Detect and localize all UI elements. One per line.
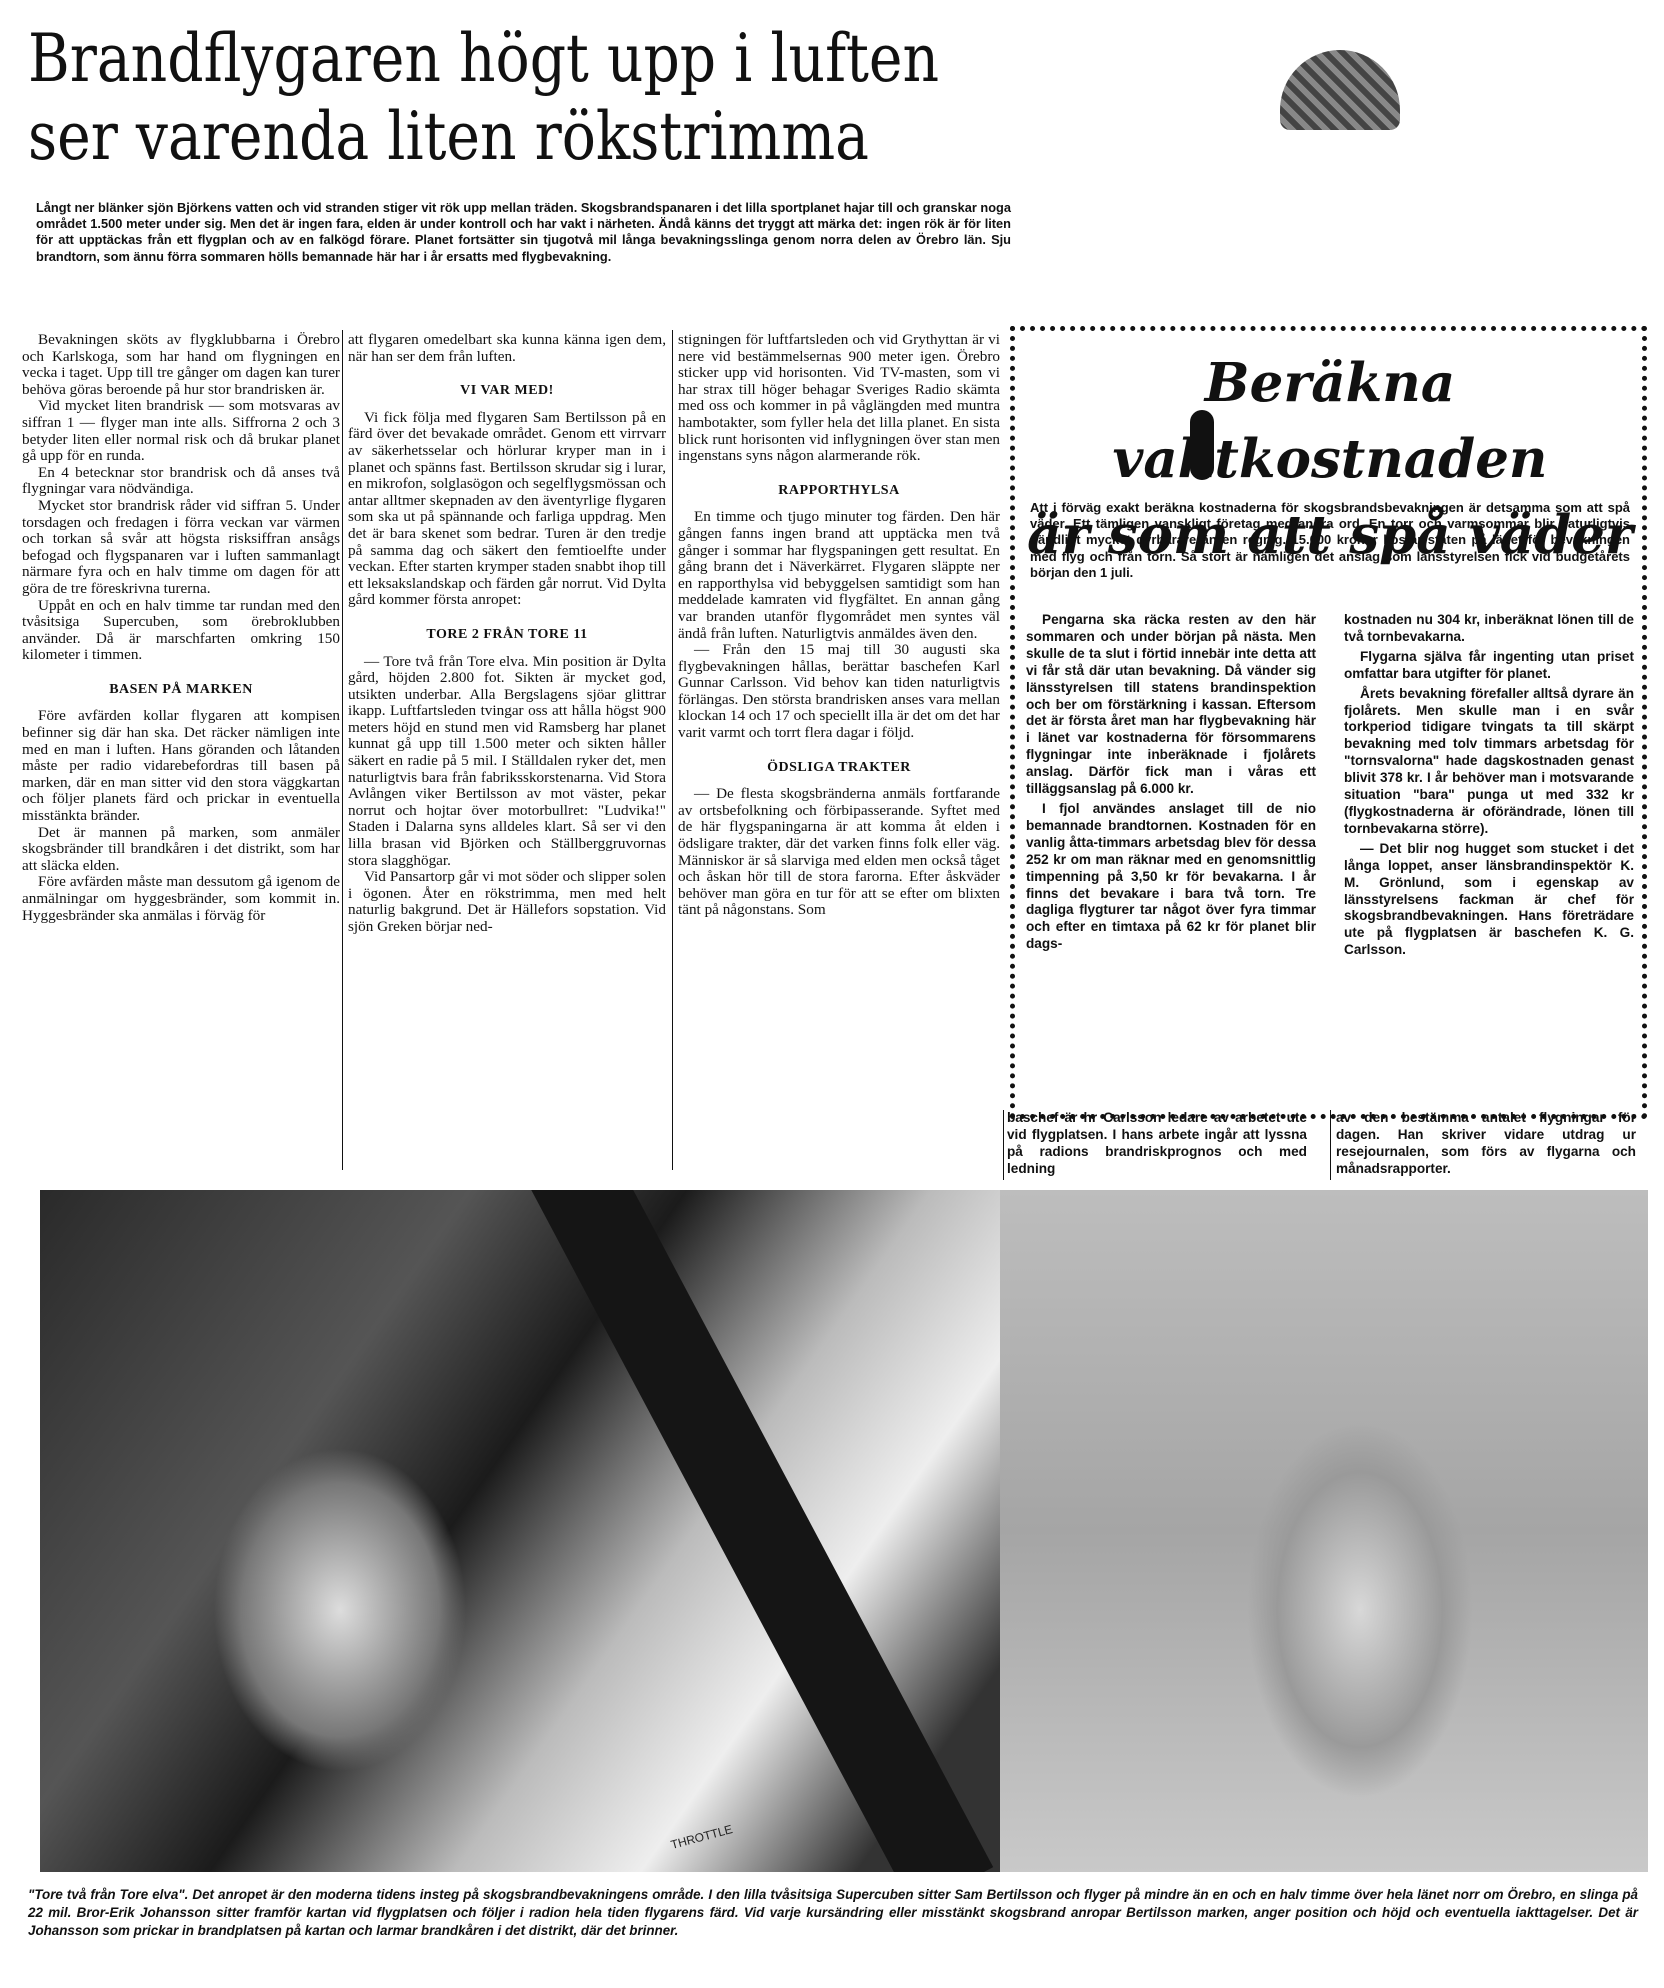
article-lede: Långt ner blänker sjön Björkens vatten o… (36, 200, 1011, 265)
subheading-vi-var-med: VI VAR MED! (348, 383, 666, 400)
paragraph: — De flesta skogsbränderna anmäls fortfa… (678, 786, 1000, 919)
news-photo: THROTTLE (40, 1190, 1648, 1872)
paragraph: Bevakningen sköts av flygklubbarna i Öre… (22, 332, 340, 398)
photo-caption: "Tore två från Tore elva". Det anropet ä… (28, 1886, 1638, 1940)
paragraph: Vid Pansartorp går vi mot söder och slip… (348, 869, 666, 935)
telephone-handset-icon (1190, 410, 1214, 480)
subheading-rapporthylsa: RAPPORTHYLSA (678, 483, 1000, 500)
column-divider (672, 330, 673, 1170)
paragraph: Före avfärden måste man dessutom gå igen… (22, 874, 340, 924)
paragraph: Före avfärden kollar flygaren att kompis… (22, 708, 340, 824)
paragraph: Pengarna ska räcka resten av den här som… (1026, 612, 1316, 798)
paragraph: Uppåt en och en halv timme tar rundan me… (22, 598, 340, 664)
paragraph: baschef är hr Carlsson ledare av arbetet… (1007, 1110, 1307, 1178)
article-column-2: att flygaren omedelbart ska kunna känna … (348, 332, 666, 936)
subheading-tore-2-fran-tore-11: TORE 2 FRÅN TORE 11 (348, 627, 666, 644)
paragraph: Årets bevakning förefaller alltså dyrare… (1344, 686, 1634, 838)
article-column-1: Bevakningen sköts av flygklubbarna i Öre… (22, 332, 340, 924)
paragraph: av den bestämma antalet flygningar för d… (1336, 1110, 1636, 1178)
paragraph: En timme och tjugo minuter tog färden. D… (678, 509, 1000, 642)
paragraph: Mycket stor brandrisk råder vid siffran … (22, 498, 340, 598)
article-column-3: stigningen för luftfartsleden och vid Gr… (678, 332, 1000, 919)
subheading-basen-pa-marken: BASEN PÅ MARKEN (22, 682, 340, 699)
column-divider (1003, 1110, 1004, 1180)
headline-line-2: ser varenda liten rökstrimma (28, 98, 871, 176)
sidebar-column-1: Pengarna ska räcka resten av den här som… (1026, 612, 1316, 956)
paragraph: Vi fick följa med flygaren Sam Bertilsso… (348, 410, 666, 609)
article-continuation-1: baschef är hr Carlsson ledare av arbetet… (1007, 1110, 1307, 1178)
article-continuation-2: av den bestämma antalet flygningar för d… (1336, 1110, 1636, 1178)
paragraph: Vid mycket liten brandrisk — som motsvar… (22, 398, 340, 464)
paragraph: En 4 betecknar stor brandrisk och då ans… (22, 465, 340, 498)
newspaper-page: Brandflygaren högt upp i luften ser vare… (0, 0, 1664, 1988)
paragraph: I fjol användes anslaget till de nio bem… (1026, 801, 1316, 953)
paragraph: Flygarna själva får ingenting utan prise… (1344, 649, 1634, 683)
photo-man-at-wall-map (1000, 1190, 1648, 1872)
paragraph: — Tore två från Tore elva. Min position … (348, 654, 666, 870)
paragraph: — Det blir nog hugget som stucket i det … (1344, 841, 1634, 959)
paragraph: Det är mannen på marken, som anmäler sko… (22, 825, 340, 875)
sidebar-lede: Att i förväg exakt beräkna kostnaderna f… (1030, 500, 1630, 581)
headline-line-1: Brandflygaren högt upp i luften (28, 20, 871, 98)
headline: Brandflygaren högt upp i luften ser vare… (28, 20, 871, 176)
column-divider (342, 330, 343, 1170)
photo-cap-icon (1280, 50, 1400, 130)
paragraph: att flygaren omedelbart ska kunna känna … (348, 332, 666, 365)
paragraph: stigningen för luftfartsleden och vid Gr… (678, 332, 1000, 465)
paragraph: — Från den 15 maj till 30 augusti ska fl… (678, 642, 1000, 742)
sidebar-title-line-1: Beräkna vaktkostnaden (1020, 345, 1640, 497)
column-divider (1330, 1110, 1331, 1180)
paragraph: kostnaden nu 304 kr, inberäknat lönen ti… (1344, 612, 1634, 646)
sidebar-column-2: kostnaden nu 304 kr, inberäknat lönen ti… (1344, 612, 1634, 962)
subheading-odsliga-trakter: ÖDSLIGA TRAKTER (678, 760, 1000, 777)
